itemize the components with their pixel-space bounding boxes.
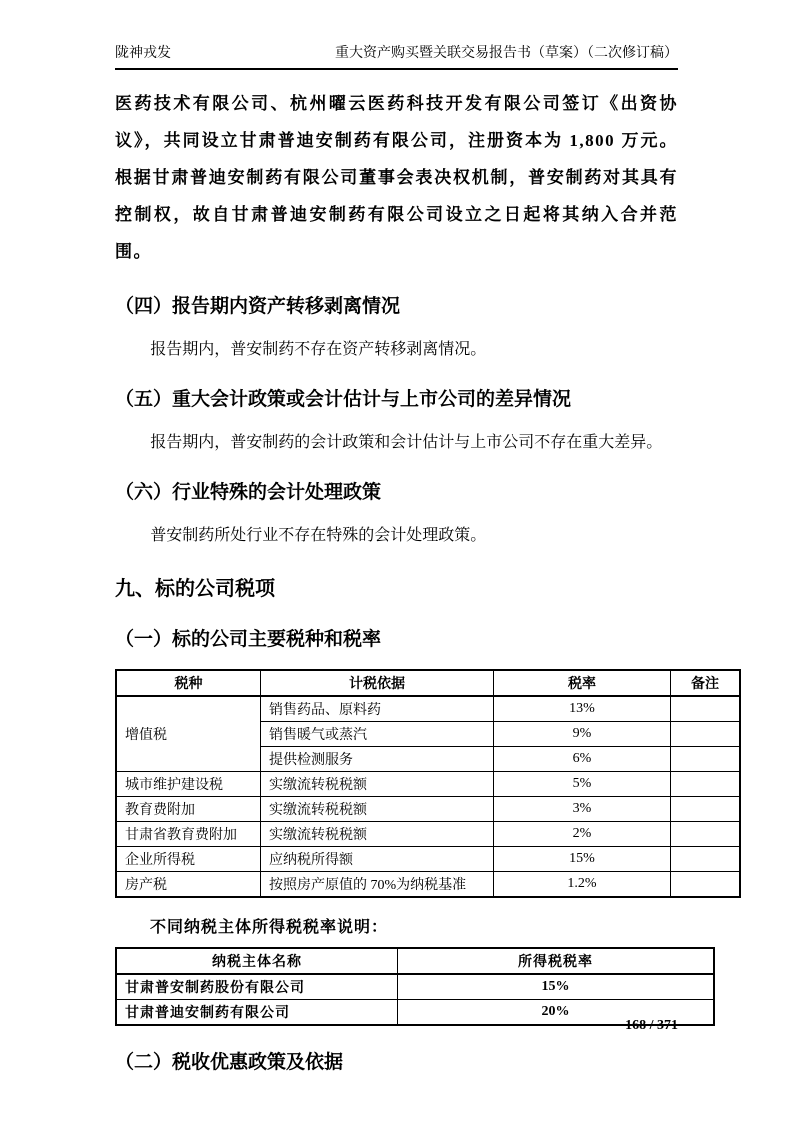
cell-basis: 实缴流转税税额: [261, 772, 494, 797]
cell-rate: 6%: [494, 747, 671, 772]
cell-tax: 城市维护建设税: [116, 772, 261, 797]
cell-basis: 实缴流转税税额: [261, 822, 494, 847]
cell-basis: 提供检测服务: [261, 747, 494, 772]
cell-basis: 销售暖气或蒸汽: [261, 722, 494, 747]
table-header-row: 税种 计税依据 税率 备注: [116, 670, 740, 696]
cell-note: [671, 797, 741, 822]
cell-basis: 应纳税所得额: [261, 847, 494, 872]
cell-basis: 销售药品、原料药: [261, 696, 494, 722]
cell-note: [671, 772, 741, 797]
table-row: 教育费附加 实缴流转税税额 3%: [116, 797, 740, 822]
header-left-title: 陇神戎发: [115, 45, 171, 63]
column-header-rate: 税率: [494, 670, 671, 696]
cell-basis: 按照房产原值的 70%为纳税基准: [261, 872, 494, 898]
cell-tax-vat: 增值税: [116, 696, 261, 772]
table-row: 房产税 按照房产原值的 70%为纳税基准 1.2%: [116, 872, 740, 898]
column-header-basis: 计税依据: [261, 670, 494, 696]
column-header-tax: 税种: [116, 670, 261, 696]
section-heading-4: （四）报告期内资产转移剥离情况: [115, 294, 678, 320]
cell-rate: 1.2%: [494, 872, 671, 898]
column-header-income-rate: 所得税税率: [398, 948, 715, 974]
column-header-entity: 纳税主体名称: [116, 948, 398, 974]
table-row: 企业所得税 应纳税所得额 15%: [116, 847, 740, 872]
cell-rate: 15%: [494, 847, 671, 872]
cell-rate: 13%: [494, 696, 671, 722]
cell-income-rate: 15%: [398, 974, 715, 1000]
section-heading-5: （五）重大会计政策或会计估计与上市公司的差异情况: [115, 387, 678, 413]
cell-entity: 甘肃普迪安制药有限公司: [116, 1000, 398, 1026]
cell-rate: 5%: [494, 772, 671, 797]
tax-rate-table: 税种 计税依据 税率 备注 增值税 销售药品、原料药 13% 销售暖气或蒸汽 9…: [115, 669, 741, 898]
cell-rate: 9%: [494, 722, 671, 747]
cell-note: [671, 747, 741, 772]
cell-tax: 企业所得税: [116, 847, 261, 872]
cell-entity: 甘肃普安制药股份有限公司: [116, 974, 398, 1000]
sub-heading-tax-rates: （一）标的公司主要税种和税率: [115, 627, 678, 653]
table-row: 甘肃普安制药股份有限公司 15%: [116, 974, 714, 1000]
cell-note: [671, 822, 741, 847]
table-header-row: 纳税主体名称 所得税税率: [116, 948, 714, 974]
page-number: 168 / 371: [625, 1018, 678, 1034]
cell-tax: 房产税: [116, 872, 261, 898]
table-row: 城市维护建设税 实缴流转税税额 5%: [116, 772, 740, 797]
entity-income-tax-table: 纳税主体名称 所得税税率 甘肃普安制药股份有限公司 15% 甘肃普迪安制药有限公…: [115, 947, 715, 1026]
column-header-note: 备注: [671, 670, 741, 696]
cell-rate: 2%: [494, 822, 671, 847]
document-page: 陇神戎发 重大资产购买暨关联交易报告书（草案）（二次修订稿） 医药技术有限公司、…: [0, 0, 793, 1122]
cell-note: [671, 696, 741, 722]
table-row: 增值税 销售药品、原料药 13%: [116, 696, 740, 722]
running-header: 陇神戎发 重大资产购买暨关联交易报告书（草案）（二次修订稿）: [115, 45, 678, 70]
cell-basis: 实缴流转税税额: [261, 797, 494, 822]
section-body-4: 报告期内，普安制药不存在资产转移剥离情况。: [115, 337, 678, 363]
section-body-5: 报告期内，普安制药的会计政策和会计估计与上市公司不存在重大差异。: [115, 430, 678, 456]
sub-heading-tax-policy: （二）税收优惠政策及依据: [115, 1050, 678, 1076]
table-row: 甘肃省教育费附加 实缴流转税税额 2%: [116, 822, 740, 847]
cell-note: [671, 847, 741, 872]
cell-note: [671, 872, 741, 898]
header-right-title: 重大资产购买暨关联交易报告书（草案）（二次修订稿）: [335, 45, 678, 63]
cell-rate: 3%: [494, 797, 671, 822]
cell-note: [671, 722, 741, 747]
page-content: 陇神戎发 重大资产购买暨关联交易报告书（草案）（二次修订稿） 医药技术有限公司、…: [115, 45, 678, 1076]
section-body-6: 普安制药所处行业不存在特殊的会计处理政策。: [115, 523, 678, 549]
entity-rate-note: 不同纳税主体所得税税率说明：: [115, 914, 678, 937]
section-heading-6: （六）行业特殊的会计处理政策: [115, 480, 678, 506]
cell-tax: 教育费附加: [116, 797, 261, 822]
chapter-heading: 九、标的公司税项: [115, 575, 678, 603]
intro-paragraph: 医药技术有限公司、杭州曜云医药科技开发有限公司签订《出资协议》，共同设立甘肃普迪…: [115, 85, 678, 270]
cell-tax: 甘肃省教育费附加: [116, 822, 261, 847]
